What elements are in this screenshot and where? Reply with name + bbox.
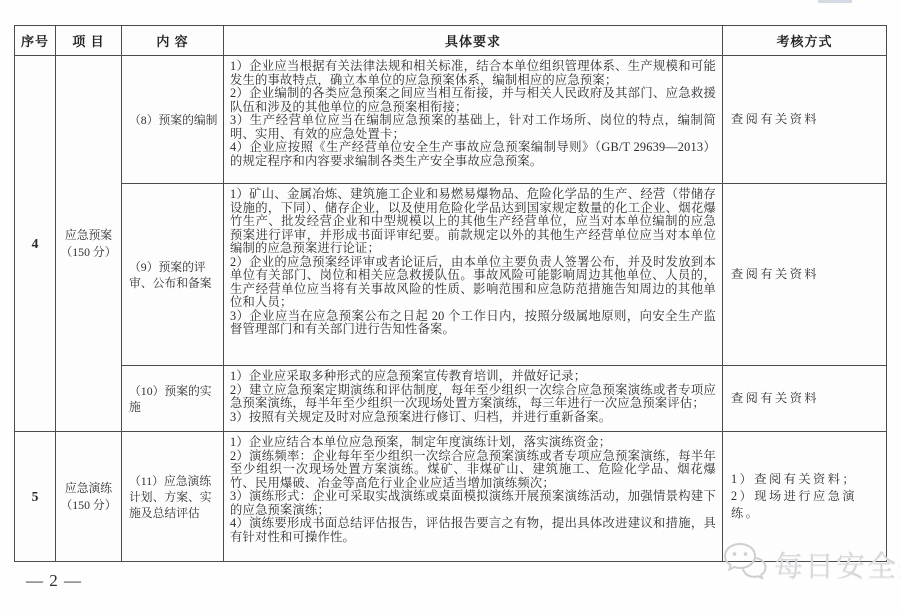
requirement-item: 2）演练频率：企业每年至少组织一次综合应急预案演练或者专项应急预案演练，每半年至… — [230, 450, 716, 491]
row4-requirements-9: 1）矿山、金属冶炼、建筑施工企业和易燃易爆物品、危险化学品的生产、经营（带储存设… — [224, 184, 723, 366]
requirement-item: 3）企业应当在应急预案公布之日起 20 个工作日内，按照分级属地原则，向安全生产… — [230, 310, 716, 337]
row4-assessment-9: 查阅有关资料 — [723, 184, 887, 366]
table-row: 5 应急演练（150 分） （11）应急演练计划、方案、实施及总结评估 1）企业… — [15, 432, 887, 562]
row5-project: 应急演练（150 分） — [56, 432, 122, 562]
requirement-item: 1）企业应采取多种形式的应急预案宣传教育培训，并做好记录； — [230, 370, 716, 384]
requirement-item: 3）演练形式：企业可采取实战演练或桌面模拟演练开展预案演练活动，加强情景构建下的… — [230, 490, 716, 517]
requirement-item: 1）矿山、金属冶炼、建筑施工企业和易燃易爆物品、危险化学品的生产、经营（带储存设… — [230, 188, 716, 256]
page-number: — 2 — — [26, 571, 82, 591]
table-header-row: 序号 项 目 内 容 具体要求 考核方式 — [15, 26, 887, 56]
scan-edge-artifact — [818, 0, 852, 3]
row4-assessment-10: 查阅有关资料 — [723, 366, 887, 432]
row4-project: 应急预案（150 分） — [56, 56, 122, 432]
requirement-item: 2）建立应急预案定期演练和评估制度，每年至少组织一次综合应急预案演练或者专项应急… — [230, 384, 716, 411]
row4-content-9: （9）预案的评审、公布和备案 — [122, 184, 224, 366]
row4-content-10: （10）预案的实施 — [122, 366, 224, 432]
row5-requirements-11: 1）企业应结合本单位应急预案，制定年度演练计划，落实演练资金； 2）演练频率：企… — [224, 432, 723, 562]
row5-seq: 5 — [15, 432, 56, 562]
assessment-item: 2）现场进行应急演练。 — [731, 488, 881, 522]
requirement-item: 4）演练要形成书面总结评估报告，评估报告要言之有物，提出具体改进建议和措施，具有… — [230, 517, 716, 544]
assessment-item: 查阅有关资料 — [731, 390, 881, 407]
table-row: （10）预案的实施 1）企业应采取多种形式的应急预案宣传教育培训，并做好记录； … — [15, 366, 887, 432]
assessment-item: 查阅有关资料 — [731, 266, 881, 283]
requirement-item: 3）生产经营单位应当在编制应急预案的基础上，针对工作场所、岗位的特点，编制简明、… — [230, 114, 716, 141]
col-header-requirements: 具体要求 — [224, 26, 723, 56]
requirement-item: 3）按照有关规定及时对应急预案进行修订、归档，并进行重新备案。 — [230, 411, 716, 425]
col-header-assessment: 考核方式 — [723, 26, 887, 56]
row4-seq: 4 — [15, 56, 56, 432]
table-row: （9）预案的评审、公布和备案 1）矿山、金属冶炼、建筑施工企业和易燃易爆物品、危… — [15, 184, 887, 366]
assessment-item: 1）查阅有关资料； — [731, 471, 881, 488]
requirement-item: 2）企业的应急预案经评审或者论证后，由本单位主要负责人签署公布，并及时发放到本单… — [230, 256, 716, 310]
row4-requirements-10: 1）企业应采取多种形式的应急预案宣传教育培训，并做好记录； 2）建立应急预案定期… — [224, 366, 723, 432]
requirement-item: 1）企业应当根据有关法律法规和相关标准，结合本单位组织管理体系、生产规模和可能发… — [230, 60, 716, 87]
requirement-item: 2）企业编制的各类应急预案之间应当相互衔接，并与相关人民政府及其部门、应急救援队… — [230, 87, 716, 114]
requirement-item: 1）企业应结合本单位应急预案，制定年度演练计划，落实演练资金； — [230, 436, 716, 450]
requirement-item: 4）企业应按照《生产经营单位安全生产事故应急预案编制导则》（GB/T 29639… — [230, 141, 716, 168]
row4-requirements-8: 1）企业应当根据有关法律法规和相关标准，结合本单位组织管理体系、生产规模和可能发… — [224, 56, 723, 184]
row5-content-11: （11）应急演练计划、方案、实施及总结评估 — [122, 432, 224, 562]
table-row: 4 应急预案（150 分） （8）预案的编制 1）企业应当根据有关法律法规和相关… — [15, 56, 887, 184]
assessment-criteria-table: 序号 项 目 内 容 具体要求 考核方式 4 应急预案（150 分） （8）预案… — [14, 25, 887, 562]
row5-assessment-11: 1）查阅有关资料； 2）现场进行应急演练。 — [723, 432, 887, 562]
document-page: 序号 项 目 内 容 具体要求 考核方式 4 应急预案（150 分） （8）预案… — [0, 0, 900, 614]
col-header-content: 内 容 — [122, 26, 224, 56]
col-header-project: 项 目 — [56, 26, 122, 56]
row4-assessment-8: 查阅有关资料 — [723, 56, 887, 184]
col-header-seq: 序号 — [15, 26, 56, 56]
assessment-item: 查阅有关资料 — [731, 111, 881, 128]
row4-content-8: （8）预案的编制 — [122, 56, 224, 184]
